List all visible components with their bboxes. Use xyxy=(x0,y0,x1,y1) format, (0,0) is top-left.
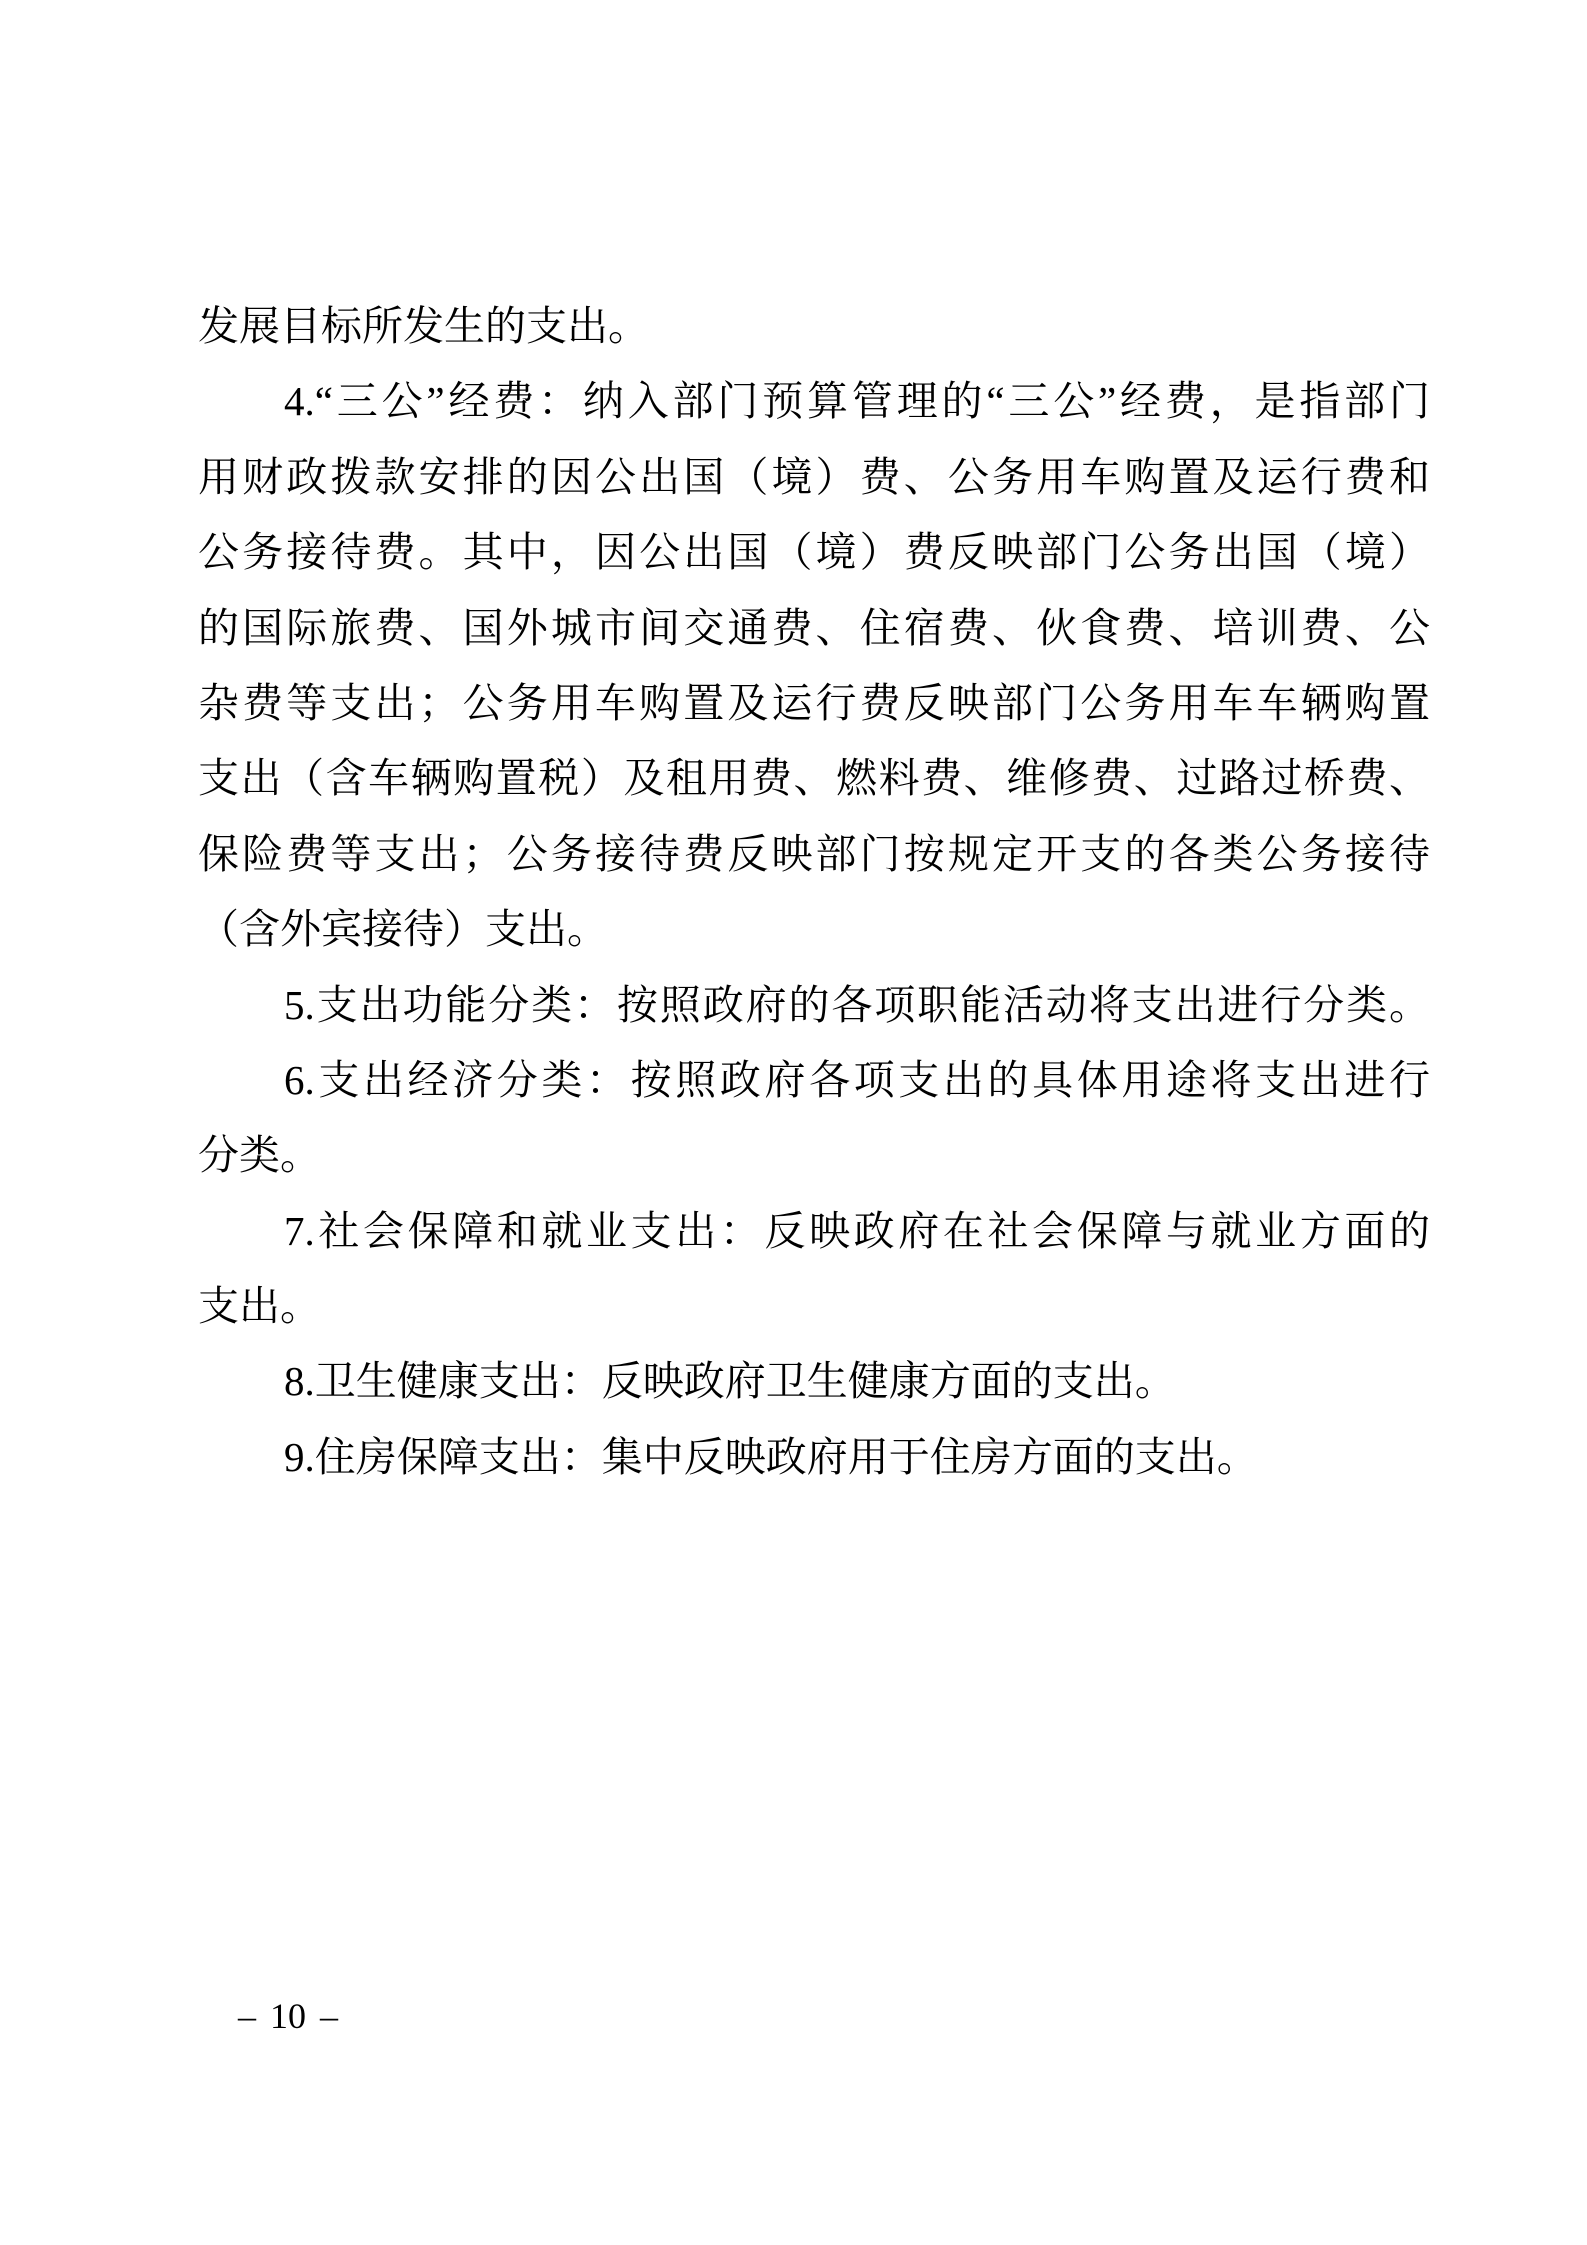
text-line: 7.社会保障和就业支出：反映政府在社会保障与就业方面的 xyxy=(198,1194,1430,1269)
text-line: 支出。 xyxy=(198,1269,1430,1344)
text-line: 5.支出功能分类：按照政府的各项职能活动将支出进行分类。 xyxy=(198,968,1430,1043)
text-line: 分类。 xyxy=(198,1118,1430,1193)
text-line: 支出（含车辆购置税）及租用费、燃料费、维修费、过路过桥费、 xyxy=(198,741,1430,816)
body-text: 发展目标所发生的支出。4.“三公”经费：纳入部门预算管理的“三公”经费，是指部门… xyxy=(198,289,1430,1495)
document-page: 发展目标所发生的支出。4.“三公”经费：纳入部门预算管理的“三公”经费，是指部门… xyxy=(0,0,1587,2245)
page-number-value: 10 xyxy=(270,1994,306,2038)
page-number-left-dash: – xyxy=(238,1994,256,2038)
text-line: 用财政拨款安排的因公出国（境）费、公务用车购置及运行费和 xyxy=(198,440,1430,515)
text-line: 发展目标所发生的支出。 xyxy=(198,289,1430,364)
page-number-right-dash: – xyxy=(320,1994,338,2038)
text-line: 8.卫生健康支出：反映政府卫生健康方面的支出。 xyxy=(198,1344,1430,1419)
text-line: 6.支出经济分类：按照政府各项支出的具体用途将支出进行 xyxy=(198,1043,1430,1118)
text-line: 公务接待费。其中，因公出国（境）费反映部门公务出国（境） xyxy=(198,515,1430,590)
page-number: –10– xyxy=(238,1994,338,2038)
text-line: 9.住房保障支出：集中反映政府用于住房方面的支出。 xyxy=(198,1420,1430,1495)
text-line: 保险费等支出；公务接待费反映部门按规定开支的各类公务接待 xyxy=(198,817,1430,892)
text-line: （含外宾接待）支出。 xyxy=(198,892,1430,967)
text-line: 的国际旅费、国外城市间交通费、住宿费、伙食费、培训费、公 xyxy=(198,591,1430,666)
text-line: 杂费等支出；公务用车购置及运行费反映部门公务用车车辆购置 xyxy=(198,666,1430,741)
text-line: 4.“三公”经费：纳入部门预算管理的“三公”经费，是指部门 xyxy=(198,364,1430,439)
